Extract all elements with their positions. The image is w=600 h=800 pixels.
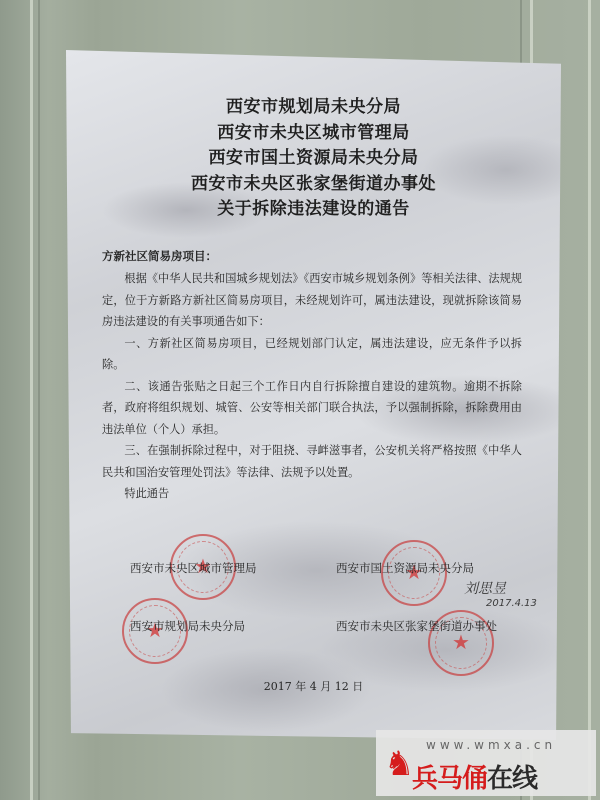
watermark-url: www.wmxa.cn: [426, 738, 556, 752]
horse-head-icon: ♞: [384, 740, 412, 788]
paragraph-item-3: 三、在强制拆除过程中，对于阻挠、寻衅滋事者，公安机关将严格按照《中华人民共和国治…: [102, 440, 522, 483]
watermark-brand-dark: 在线: [487, 764, 537, 794]
paragraph-item-2: 二、该通告张贴之日起三个工作日内自行拆除擅自建设的建筑物。逾期不拆除者，政府将组…: [102, 376, 522, 441]
signatory-top-left: 西安市未央区城市管理局: [130, 560, 257, 576]
wall-panel-seam: [588, 0, 591, 800]
wall-panel-seam: [30, 0, 33, 800]
watermark-brand: 兵马俑在线: [412, 758, 537, 795]
signatory-bottom-right: 西安市未央区张家堡街道办事处: [336, 618, 497, 634]
site-watermark: ♞ www.wmxa.cn 兵马俑在线: [376, 730, 596, 796]
wall-panel-seam: [38, 0, 40, 800]
project-heading: 方新社区简易房项目：: [102, 248, 217, 264]
notice-title: 关于拆除违法建设的通告: [66, 197, 561, 223]
signatory-top-right: 西安市国土资源局未央分局: [336, 560, 474, 576]
paragraph-intro: 根据《中华人民共和国城乡规划法》《西安市城乡规划条例》等相关法律、法规规定，位于…: [102, 268, 522, 333]
notice-header: 西安市规划局未央分局 西安市未央区城市管理局 西安市国土资源局未央分局 西安市未…: [66, 95, 561, 223]
issuer-line: 西安市未央区张家堡街道办事处: [66, 172, 561, 198]
paragraph-item-1: 一、方新社区简易房项目，已经规划部门认定，属违法建设，应无条件予以拆除。: [102, 333, 522, 376]
paragraph-closing: 特此通告: [102, 483, 522, 505]
watermark-brand-red: 兵马俑: [412, 764, 487, 794]
issuer-line: 西安市未央区城市管理局: [66, 121, 561, 147]
issuer-line: 西安市国土资源局未央分局: [66, 146, 561, 172]
issuer-line: 西安市规划局未央分局: [66, 95, 561, 121]
notice-document: 西安市规划局未央分局 西安市未央区城市管理局 西安市国土资源局未央分局 西安市未…: [66, 50, 561, 740]
signatory-bottom-left: 西安市规划局未央分局: [130, 618, 245, 634]
notice-date: 2017 年 4 月 12 日: [66, 678, 561, 694]
notice-body: 根据《中华人民共和国城乡规划法》《西安市城乡规划条例》等相关法律、法规规定，位于…: [102, 268, 522, 505]
handwritten-signature: 刘思昱: [464, 578, 506, 598]
handwritten-date: 2017.4.13: [486, 598, 537, 609]
